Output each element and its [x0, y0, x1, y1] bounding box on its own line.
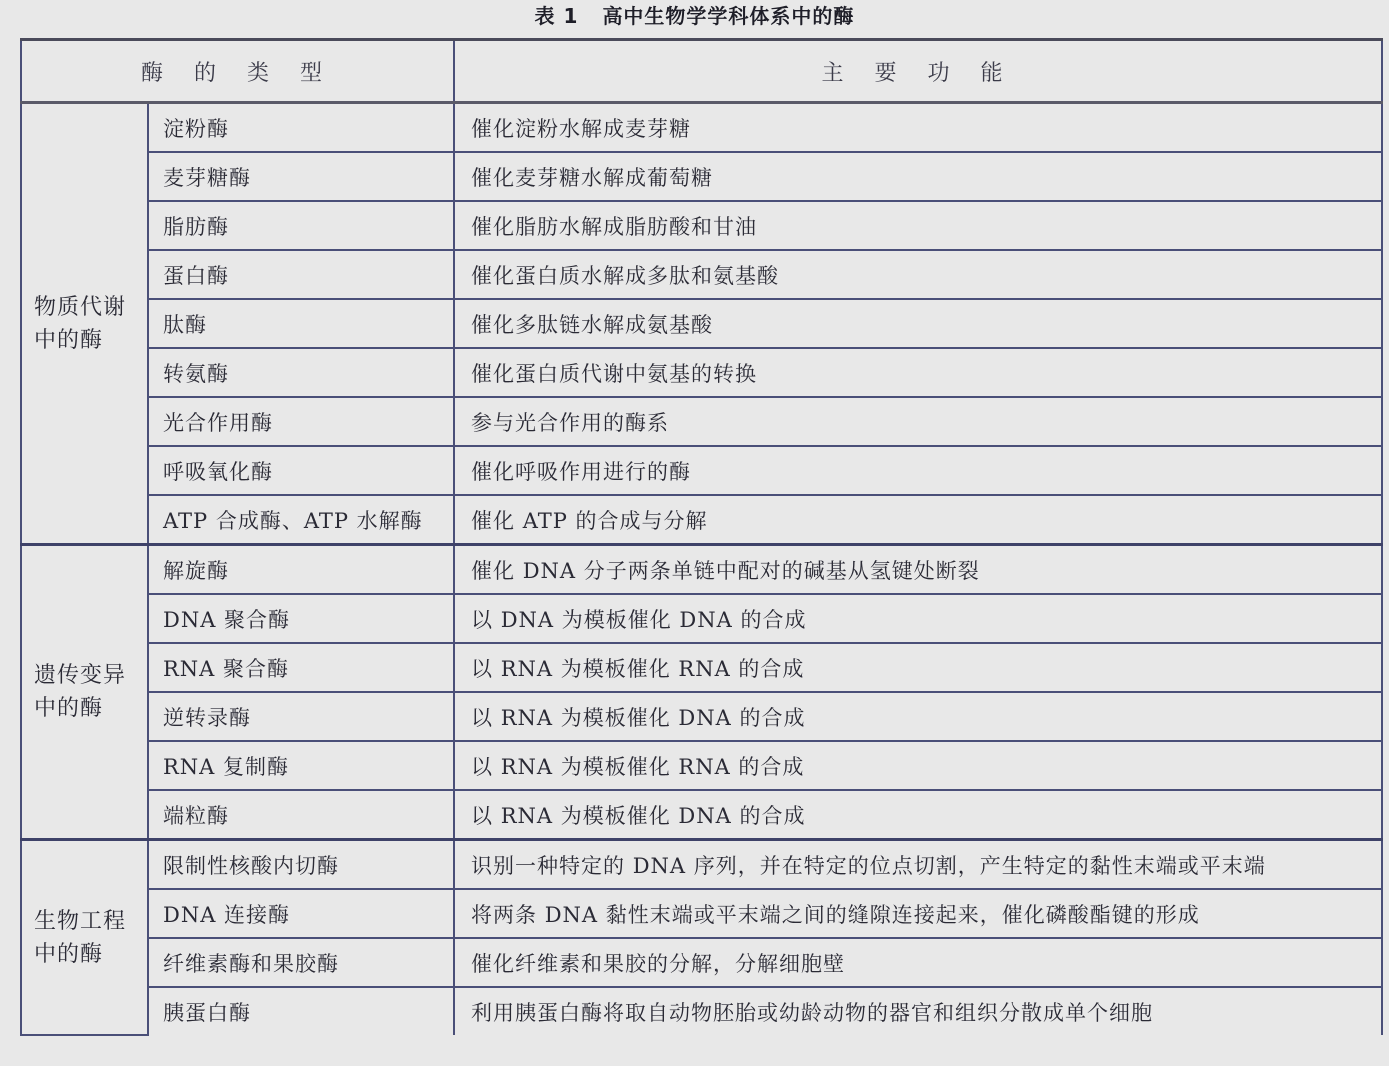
table-row: 逆转录酶 以 RNA 为模板催化 DNA 的合成 — [21, 692, 1382, 741]
enzyme-function: 将两条 DNA 黏性末端或平末端之间的缝隙连接起来，催化磷酸酯键的形成 — [454, 889, 1382, 938]
enzyme-name: 脂肪酶 — [148, 201, 454, 250]
enzyme-name: RNA 复制酶 — [148, 741, 454, 790]
enzyme-name: 呼吸氧化酶 — [148, 446, 454, 495]
group-metabolism: 物质代谢中的酶 — [21, 103, 148, 545]
enzyme-name: 限制性核酸内切酶 — [148, 840, 454, 890]
header-row: 酶 的 类 型 主 要 功 能 — [21, 40, 1382, 103]
enzyme-function: 催化淀粉水解成麦芽糖 — [454, 103, 1382, 153]
enzyme-function: 识别一种特定的 DNA 序列，并在特定的位点切割，产生特定的黏性末端或平末端 — [454, 840, 1382, 890]
table-row: DNA 聚合酶 以 DNA 为模板催化 DNA 的合成 — [21, 594, 1382, 643]
table-row: 纤维素酶和果胶酶 催化纤维素和果胶的分解，分解细胞壁 — [21, 938, 1382, 987]
table-caption: 表 1高中生物学学科体系中的酶 — [0, 0, 1389, 34]
enzyme-function: 催化纤维素和果胶的分解，分解细胞壁 — [454, 938, 1382, 987]
enzyme-function: 催化 DNA 分子两条单链中配对的碱基从氢键处断裂 — [454, 545, 1382, 595]
table-row: 胰蛋白酶 利用胰蛋白酶将取自动物胚胎或幼龄动物的器官和组织分散成单个细胞 — [21, 987, 1382, 1035]
table-row: 物质代谢中的酶 淀粉酶 催化淀粉水解成麦芽糖 — [21, 103, 1382, 153]
enzyme-function: 以 DNA 为模板催化 DNA 的合成 — [454, 594, 1382, 643]
enzyme-function: 催化麦芽糖水解成葡萄糖 — [454, 152, 1382, 201]
enzyme-name: 淀粉酶 — [148, 103, 454, 153]
table-row: 遗传变异中的酶 解旋酶 催化 DNA 分子两条单链中配对的碱基从氢键处断裂 — [21, 545, 1382, 595]
enzyme-function: 催化蛋白质代谢中氨基的转换 — [454, 348, 1382, 397]
enzyme-name: 逆转录酶 — [148, 692, 454, 741]
enzyme-name: DNA 连接酶 — [148, 889, 454, 938]
enzyme-function: 以 RNA 为模板催化 DNA 的合成 — [454, 692, 1382, 741]
enzyme-name: 肽酶 — [148, 299, 454, 348]
enzyme-name: DNA 聚合酶 — [148, 594, 454, 643]
table-caption-label: 表 1 — [535, 4, 579, 28]
table-row: 肽酶 催化多肽链水解成氨基酸 — [21, 299, 1382, 348]
enzyme-function: 以 RNA 为模板催化 DNA 的合成 — [454, 790, 1382, 840]
enzyme-name: 蛋白酶 — [148, 250, 454, 299]
table-row: 麦芽糖酶 催化麦芽糖水解成葡萄糖 — [21, 152, 1382, 201]
table-caption-title: 高中生物学学科体系中的酶 — [602, 4, 854, 28]
header-enzyme-type: 酶 的 类 型 — [21, 40, 454, 103]
enzyme-function: 催化呼吸作用进行的酶 — [454, 446, 1382, 495]
enzyme-function: 参与光合作用的酶系 — [454, 397, 1382, 446]
table-row: 转氨酶 催化蛋白质代谢中氨基的转换 — [21, 348, 1382, 397]
table-row: 生物工程中的酶 限制性核酸内切酶 识别一种特定的 DNA 序列，并在特定的位点切… — [21, 840, 1382, 890]
table-row: 蛋白酶 催化蛋白质水解成多肽和氨基酸 — [21, 250, 1382, 299]
enzyme-name: 端粒酶 — [148, 790, 454, 840]
group-bioengineering: 生物工程中的酶 — [21, 840, 148, 1036]
enzyme-name: 光合作用酶 — [148, 397, 454, 446]
enzyme-table: 酶 的 类 型 主 要 功 能 物质代谢中的酶 淀粉酶 催化淀粉水解成麦芽糖 麦… — [20, 38, 1383, 1036]
table-row: 脂肪酶 催化脂肪水解成脂肪酸和甘油 — [21, 201, 1382, 250]
enzyme-function: 催化脂肪水解成脂肪酸和甘油 — [454, 201, 1382, 250]
table-row: RNA 聚合酶 以 RNA 为模板催化 RNA 的合成 — [21, 643, 1382, 692]
enzyme-function: 利用胰蛋白酶将取自动物胚胎或幼龄动物的器官和组织分散成单个细胞 — [454, 987, 1382, 1035]
table-row: 端粒酶 以 RNA 为模板催化 DNA 的合成 — [21, 790, 1382, 840]
enzyme-name: 纤维素酶和果胶酶 — [148, 938, 454, 987]
enzyme-name: 转氨酶 — [148, 348, 454, 397]
enzyme-function: 催化蛋白质水解成多肽和氨基酸 — [454, 250, 1382, 299]
enzyme-name: ATP 合成酶、ATP 水解酶 — [148, 495, 454, 545]
table-row: DNA 连接酶 将两条 DNA 黏性末端或平末端之间的缝隙连接起来，催化磷酸酯键… — [21, 889, 1382, 938]
enzyme-name: RNA 聚合酶 — [148, 643, 454, 692]
enzyme-name: 解旋酶 — [148, 545, 454, 595]
group-genetics: 遗传变异中的酶 — [21, 545, 148, 840]
enzyme-function: 以 RNA 为模板催化 RNA 的合成 — [454, 643, 1382, 692]
table-row: ATP 合成酶、ATP 水解酶 催化 ATP 的合成与分解 — [21, 495, 1382, 545]
table-row: 呼吸氧化酶 催化呼吸作用进行的酶 — [21, 446, 1382, 495]
header-main-function: 主 要 功 能 — [454, 40, 1382, 103]
enzyme-function: 催化 ATP 的合成与分解 — [454, 495, 1382, 545]
table-row: RNA 复制酶 以 RNA 为模板催化 RNA 的合成 — [21, 741, 1382, 790]
table-row: 光合作用酶 参与光合作用的酶系 — [21, 397, 1382, 446]
enzyme-function: 以 RNA 为模板催化 RNA 的合成 — [454, 741, 1382, 790]
enzyme-name: 胰蛋白酶 — [148, 987, 454, 1035]
enzyme-name: 麦芽糖酶 — [148, 152, 454, 201]
enzyme-function: 催化多肽链水解成氨基酸 — [454, 299, 1382, 348]
